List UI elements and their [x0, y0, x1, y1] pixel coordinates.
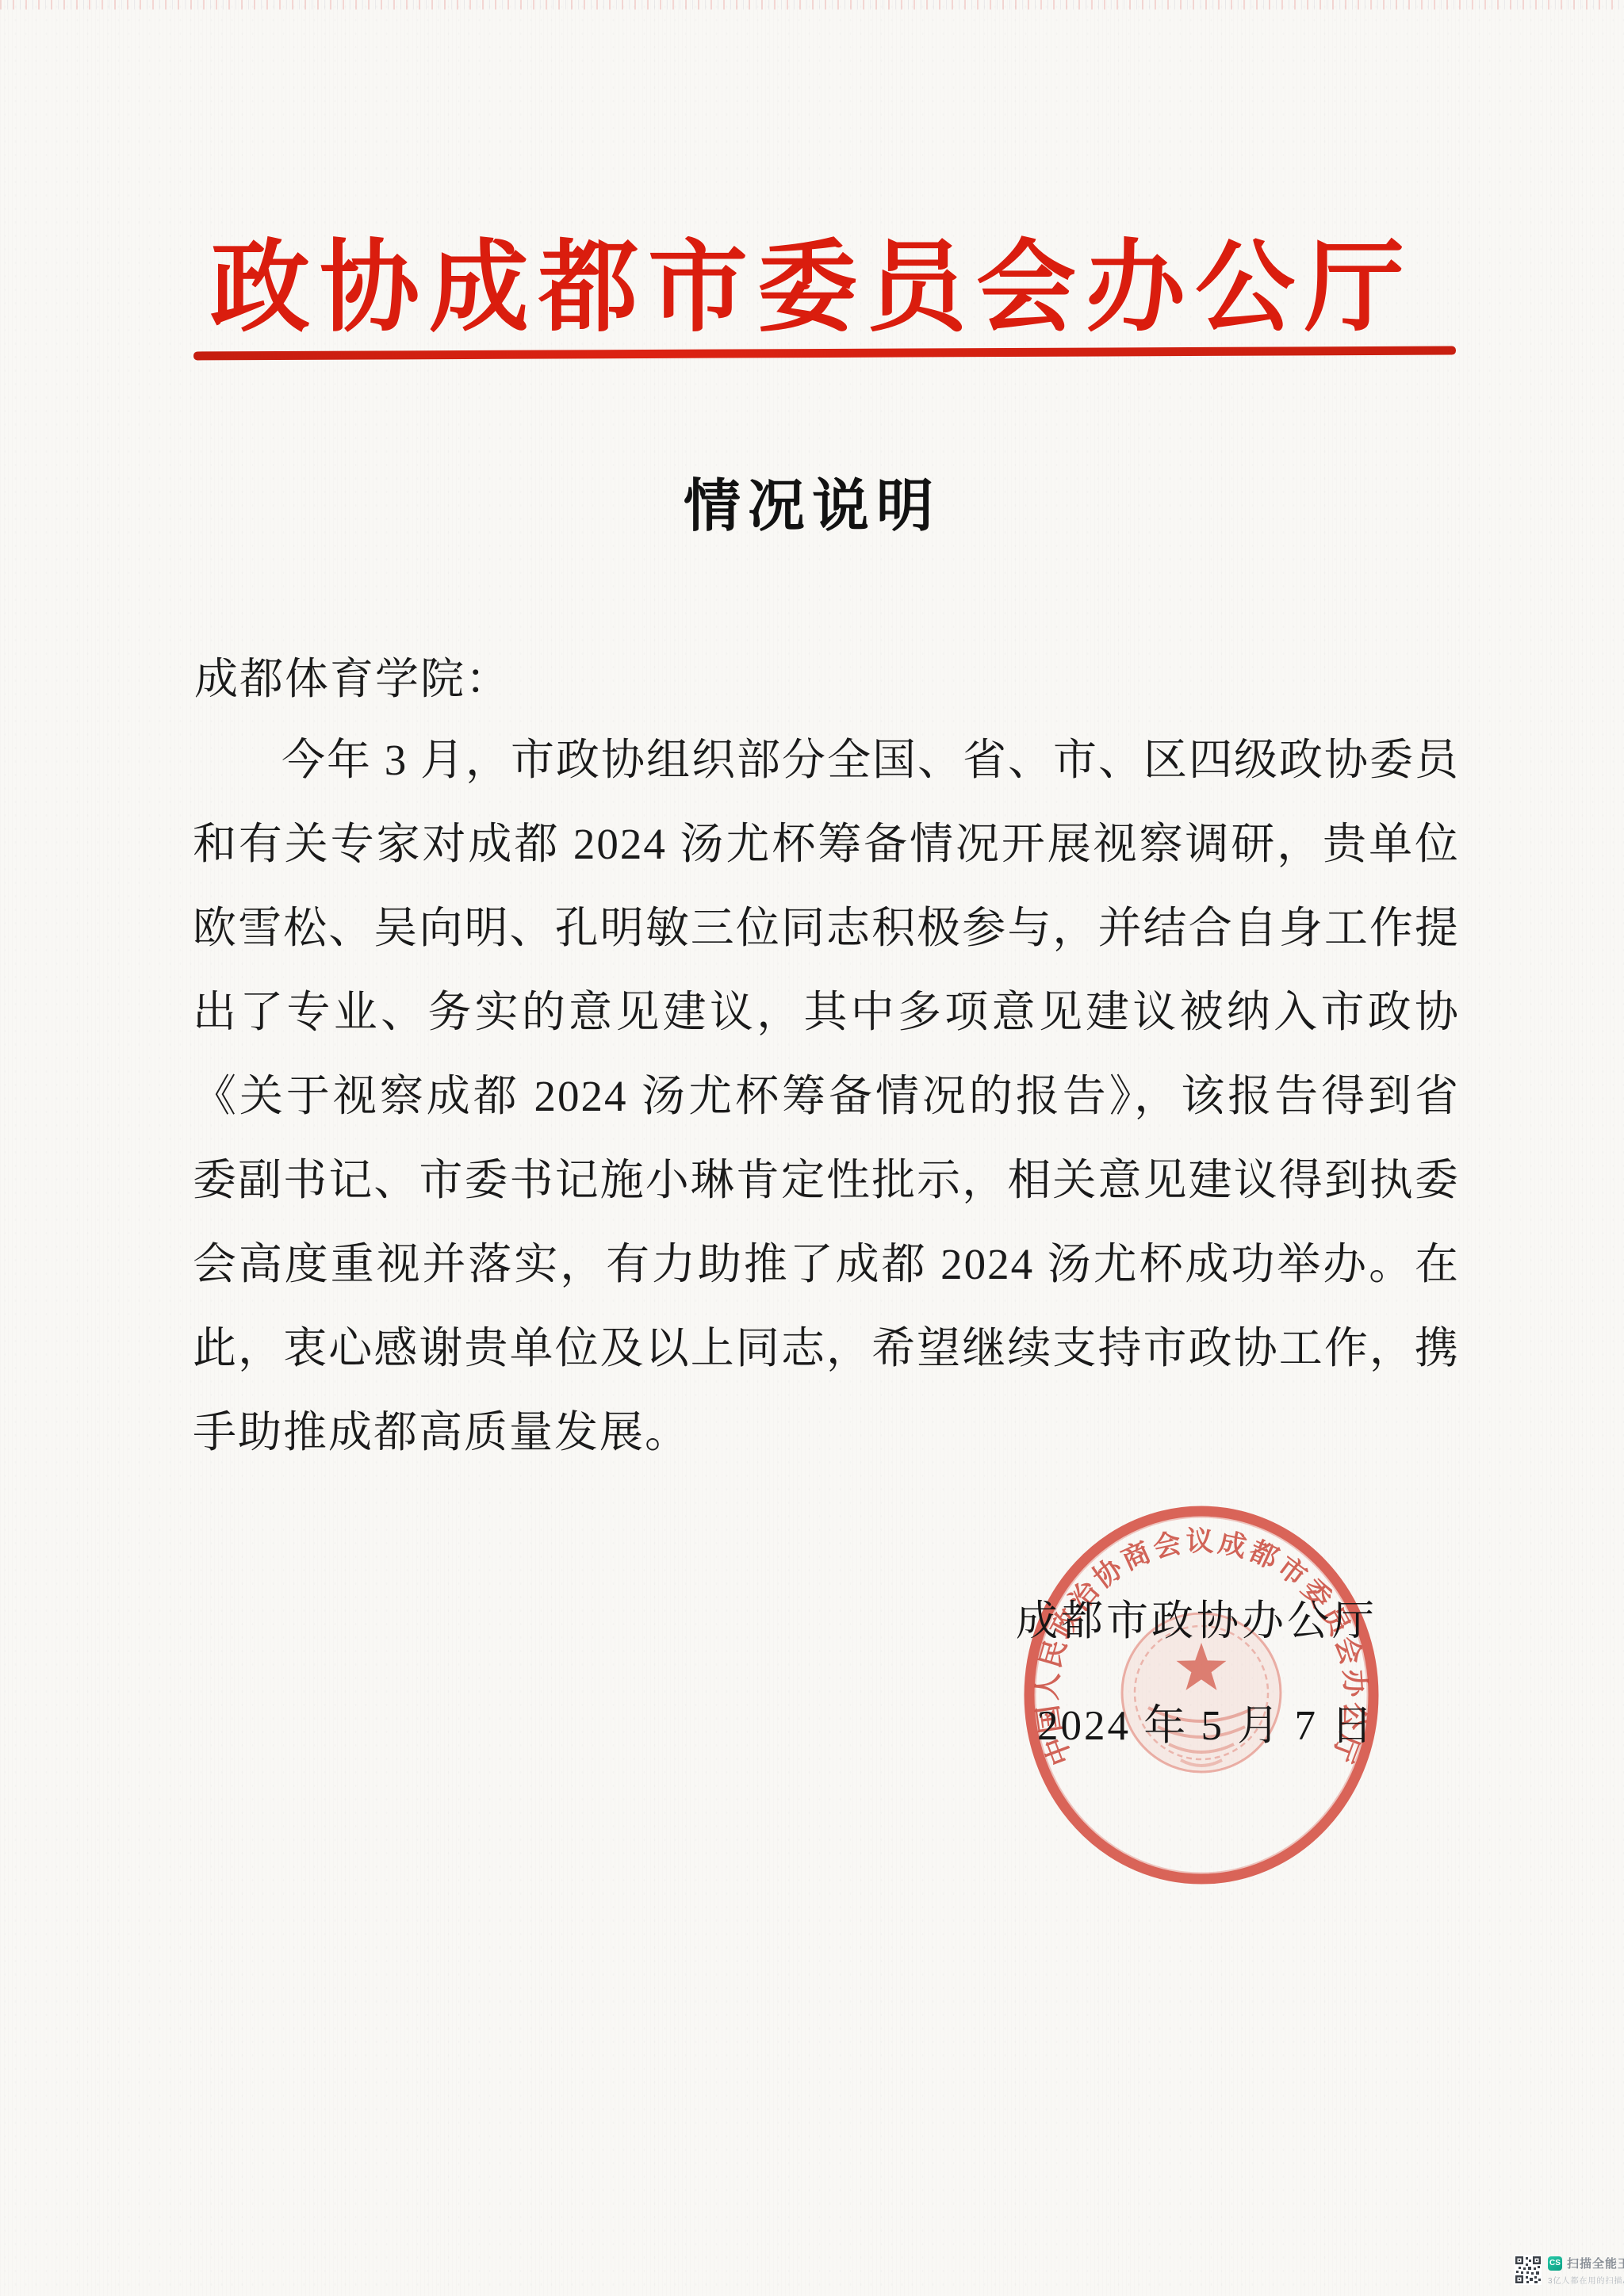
- doc-title: 情况说明: [0, 460, 1624, 542]
- date: 2024 年 5 月 7 日: [1037, 1692, 1375, 1752]
- camscanner-brand-name: 扫描全能王: [1567, 2255, 1624, 2271]
- signature: 成都市政协办公厅: [1016, 1587, 1377, 1647]
- body-paragraph: 今年 3 月，市政协组织部分全国、省、市、区四级政协委员和有关专家对成都 202…: [193, 718, 1460, 1475]
- camscanner-tagline: 3亿人都在用的扫描App: [1548, 2274, 1624, 2286]
- document-page: 政协成都市委员会办公厅 情况说明 成都体育学院： 今年 3 月，市政协组织部分全…: [0, 0, 1624, 2296]
- scan-noise: [0, 0, 1624, 10]
- qr-code-icon: [1515, 2255, 1542, 2285]
- letterhead-title: 政协成都市委员会办公厅: [0, 208, 1624, 351]
- camscanner-logo-icon: CS: [1548, 2256, 1562, 2271]
- salutation: 成都体育学院：: [194, 644, 511, 706]
- camscanner-watermark: CS 扫描全能王 3亿人都在用的扫描App: [1515, 2255, 1624, 2286]
